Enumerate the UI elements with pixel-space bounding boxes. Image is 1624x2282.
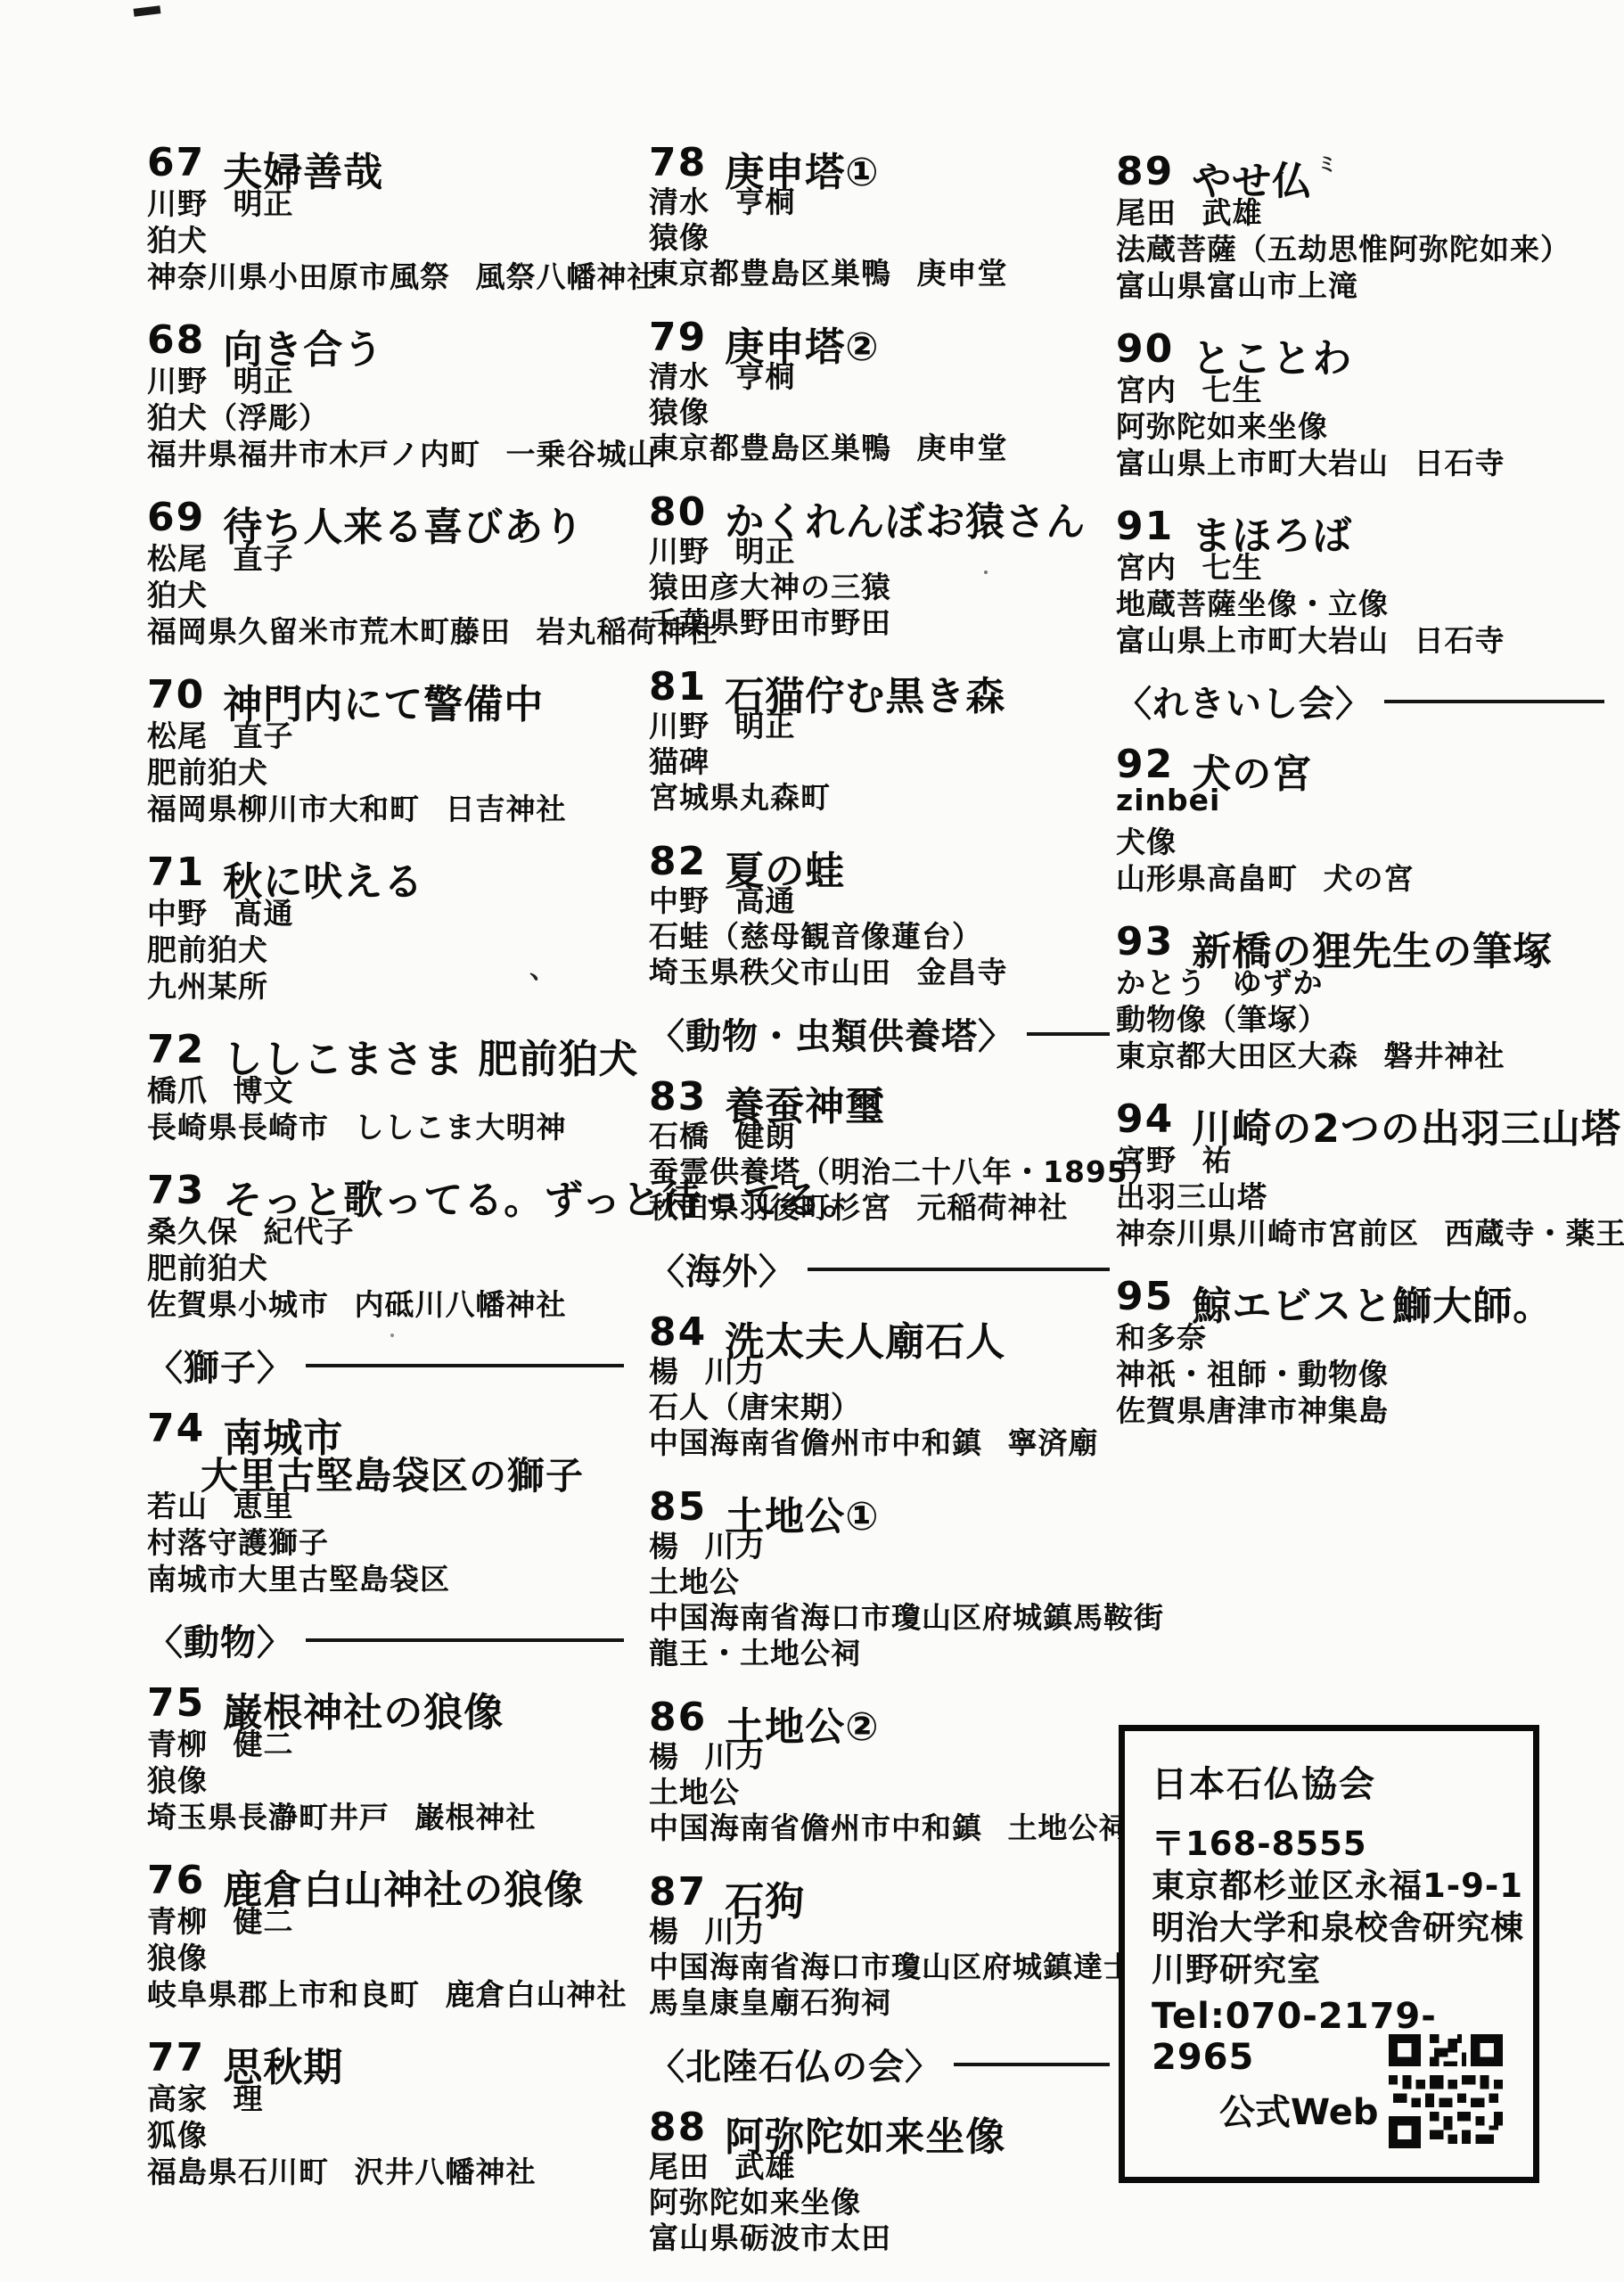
entry-subject: 猿田彦大神の三猿: [649, 564, 1086, 600]
entry-location: 神奈川県小田原市風祭 風祭八幡神社: [147, 254, 658, 291]
section-label: 〈海外〉: [649, 1244, 795, 1294]
entry-number: 67: [147, 140, 205, 185]
section-label: 〈北陸石仏の会〉: [649, 2039, 941, 2089]
entry-location: 佐賀県唐津市神集島: [1116, 1388, 1553, 1424]
entry-location: 福岡県柳川市大和町 日吉神社: [147, 786, 567, 823]
entry-subject: 中国海南省海口市瓊山区府城鎮達士巷: [649, 1944, 1164, 1980]
entry-location: 長崎県長崎市 ししこま大明神: [147, 1104, 639, 1141]
entry-location: 東京都豊島区巣鴨 庚申堂: [649, 425, 1008, 461]
section-rule: [306, 1638, 624, 1642]
entry-author: 楊 川力: [649, 1523, 1164, 1559]
entry-subject: 肥前狛犬: [147, 750, 567, 786]
entry-number: 70: [147, 672, 205, 718]
entry-location: 中国海南省儋州市中和鎮 土地公祠: [649, 1805, 1129, 1841]
section-label: 〈動物〉: [147, 1614, 293, 1665]
entry-author: 川野 明正: [147, 358, 658, 395]
entry-location: 福岡県久留米市荒木町藤田 岩丸稲荷神社: [147, 609, 718, 645]
catalog-entry: 81石猫佇む黒き森川野 明正猫碑宮城県丸森町: [649, 664, 1005, 810]
entry-title-continuation: 大里古堅島袋区の獅子: [147, 1447, 584, 1483]
entry-location: 富山県上市町大岩山 日石寺: [1116, 440, 1505, 477]
entry-number: 74: [147, 1406, 205, 1451]
entry-subject: 阿弥陀如来坐像: [1116, 404, 1505, 440]
entry-location: 宮城県丸森町: [649, 775, 1005, 810]
section-header: 〈動物・虫類供養塔〉: [649, 1008, 1110, 1059]
catalog-entry: 89やせ仏尾田 武雄法蔵菩薩（五劫思惟阿弥陀如来）富山県富山市上滝: [1116, 149, 1571, 300]
entry-subject: 地蔵菩薩坐像・立像: [1116, 581, 1505, 618]
catalog-entry: 88阿弥陀如来坐像尾田 武雄阿弥陀如来坐像富山県砺波市太田: [649, 2105, 1005, 2251]
section-header: 〈獅子〉: [147, 1340, 624, 1391]
section-header: 〈れきいし会〉: [1116, 676, 1604, 726]
catalog-entry: 87石狗楊 川力中国海南省海口市瓊山区府城鎮達士巷馬皇康皇廟石狗祠: [649, 1869, 1164, 2015]
entry-subject: 猫碑: [649, 739, 1005, 775]
entry-number: 72: [147, 1027, 205, 1072]
catalog-entry: 78庚申塔①清水 亨桐猿像東京都豊島区巣鴨 庚申堂: [649, 140, 1008, 286]
section-rule: [1027, 1032, 1110, 1036]
entry-author: 楊 川力: [649, 1734, 1129, 1769]
entry-location: 福井県福井市木戸ノ内町 一乗谷城山: [147, 431, 658, 468]
entry-number: 77: [147, 2035, 205, 2081]
section-rule: [306, 1364, 624, 1367]
entry-location: 東京都大田区大森 磐井神社: [1116, 1033, 1553, 1070]
entry-number: 68: [147, 317, 205, 363]
entry-location: 富山県砺波市太田: [649, 2215, 1005, 2251]
entry-title: 鯨エビスと鰤大師。: [1192, 1274, 1553, 1331]
entry-subject: 神祇・祖師・動物像: [1116, 1351, 1553, 1388]
association-name: 日本石仏協会: [1152, 1756, 1533, 1807]
entry-location: 埼玉県長瀞町井戸 巌根神社: [147, 1794, 537, 1831]
scan-speck: [390, 1334, 394, 1337]
catalog-entry: 71秋に吠える中野 髙通肥前狛犬九州某所: [147, 850, 423, 1000]
entry-number: 75: [147, 1680, 205, 1726]
entry-subject: 法蔵菩薩（五劫思惟阿弥陀如来）: [1116, 226, 1571, 263]
catalog-entry: 94川崎の2つの出羽三山塔宮野 祐出羽三山塔神奈川県川崎市宮前区 西蔵寺・薬王庵: [1116, 1096, 1624, 1247]
entry-subject: 狛犬: [147, 572, 718, 609]
catalog-entry: 90とことわ宮内 七生阿弥陀如来坐像富山県上市町大岩山 日石寺: [1116, 326, 1505, 477]
catalog-entry: 76鹿倉白山神社の狼像青柳 健二狼像岐阜県郡上市和良町 鹿倉白山神社: [147, 1858, 627, 2008]
section-header: 〈北陸石仏の会〉: [649, 2039, 1110, 2089]
entry-subject: 阿弥陀如来坐像: [649, 2179, 1005, 2215]
catalog-entry: 86土地公②楊 川力土地公中国海南省儋州市中和鎮 土地公祠: [649, 1695, 1129, 1841]
section-rule: [808, 1268, 1110, 1271]
entry-number: 90: [1116, 326, 1174, 372]
entry-number: 89: [1116, 149, 1174, 194]
entry-number: 73: [147, 1168, 205, 1213]
section-rule: [954, 2063, 1110, 2066]
entry-author: 石橋 健朗: [649, 1113, 1159, 1149]
entry-subject: 石人（唐宋期）: [649, 1384, 1099, 1420]
catalog-entry: 74南城市大里古堅島袋区の獅子若山 恵里村落守護獅子南城市大里古堅島袋区: [147, 1406, 584, 1593]
entry-subject: 村落守護獅子: [147, 1520, 584, 1556]
entry-subject: 狼像: [147, 1758, 537, 1794]
entry-subject: 肥前狛犬: [147, 927, 423, 964]
entry-number: 76: [147, 1858, 205, 1903]
entry-subject: 犬像: [1116, 819, 1415, 856]
catalog-entry: 93新橋の狸先生の筆塚かとう ゆずか動物像（筆塚）東京都大田区大森 磐井神社: [1116, 919, 1553, 1070]
section-label: 〈れきいし会〉: [1116, 676, 1372, 726]
catalog-entry: 85土地公①楊 川力土地公中国海南省海口市瓊山区府城鎮馬鞍街龍王・土地公祠: [649, 1484, 1164, 1666]
entry-location: 岐阜県郡上市和良町 鹿倉白山神社: [147, 1972, 627, 2008]
catalog-entry: 75巌根神社の狼像青柳 健二狼像埼玉県長瀞町井戸 巌根神社: [147, 1680, 537, 1831]
entry-title: 洗太夫人廟石人: [725, 1309, 1005, 1367]
entry-subject: 狐像: [147, 2113, 537, 2149]
catalog-entry: 80かくれんぼお猿さん川野 明正猿田彦大神の三猿千葉県野田市野田: [649, 489, 1086, 636]
entry-location: 富山県上市町大岩山 日石寺: [1116, 618, 1505, 654]
catalog-entry: 91まほろば宮内 七生地蔵菩薩坐像・立像富山県上市町大岩山 日石寺: [1116, 504, 1505, 654]
catalog-entry: 82夏の蛙中野 高通石蛙（慈母観音像蓮台）埼玉県秩父市山田 金昌寺: [649, 839, 1008, 985]
entry-location: 南城市大里古堅島袋区: [147, 1556, 584, 1593]
section-label: 〈動物・虫類供養塔〉: [649, 1008, 1014, 1059]
entry-number: 93: [1116, 919, 1174, 965]
scan-mark: ミ: [1317, 150, 1337, 177]
entry-subject: 動物像（筆塚）: [1116, 997, 1553, 1033]
entry-number: 94: [1116, 1096, 1174, 1142]
catalog-entry: 92犬の宮zinbei犬像山形県高畠町 犬の宮: [1116, 742, 1415, 892]
scan-mark: 、: [529, 947, 556, 986]
entry-location: 中国海南省儋州市中和鎮 寧済廟: [649, 1420, 1099, 1456]
catalog-entry: 83養蚕神璽石橋 健朗蚕霊供養塔（明治二十八年・1895）秋田県羽後町杉宮 元稲…: [649, 1074, 1159, 1220]
address-line-2: 明治大学和泉校舎研究棟: [1152, 1907, 1533, 1949]
entry-location: 九州某所: [147, 964, 423, 1000]
catalog-entry: 68向き合う川野 明正狛犬（浮彫）福井県福井市木戸ノ内町 一乗谷城山: [147, 317, 658, 468]
entry-location: 神奈川県川崎市宮前区 西蔵寺・薬王庵: [1116, 1211, 1624, 1247]
entry-subject: 出羽三山塔: [1116, 1174, 1624, 1211]
scan-speck: [134, 5, 161, 17]
entry-subject: 猿像: [649, 390, 1008, 425]
entry-location: 龍王・土地公祠: [649, 1630, 1164, 1666]
entry-number: 91: [1116, 504, 1174, 549]
entry-author: 楊 川力: [649, 1909, 1164, 1944]
catalog-entry: 95鯨エビスと鰤大師。和多奈神祇・祖師・動物像佐賀県唐津市神集島: [1116, 1274, 1553, 1424]
entry-subject: 石蛙（慈母観音像蓮台）: [649, 914, 1008, 949]
section-label: 〈獅子〉: [147, 1340, 293, 1391]
catalog-entry: 72ししこまさま 肥前狛犬橋爪 博文長崎県長崎市 ししこま大明神: [147, 1027, 639, 1141]
entry-number: 95: [1116, 1274, 1174, 1319]
association-contact-box: 日本石仏協会 〒168-8555 東京都杉並区永福1-9-1 明治大学和泉校舎研…: [1119, 1725, 1539, 2183]
scan-speck: [984, 570, 988, 574]
section-rule: [1384, 700, 1604, 703]
address-line-3: 川野研究室: [1152, 1949, 1533, 1991]
entry-location: 千葉県野田市野田: [649, 600, 1086, 636]
entry-location: 山形県高畠町 犬の宮: [1116, 856, 1415, 892]
entry-location: 秋田県羽後町杉宮 元稲荷神社: [649, 1185, 1159, 1220]
catalog-entry: 77思秋期高家 理狐像福島県石川町 沢井八幡神社: [147, 2035, 537, 2186]
entry-number: 92: [1116, 742, 1174, 787]
entry-location: 埼玉県秩父市山田 金昌寺: [649, 949, 1008, 985]
entry-subject: 土地公: [649, 1769, 1129, 1805]
catalog-entry: 69待ち人来る喜びあり松尾 直子狛犬福岡県久留米市荒木町藤田 岩丸稲荷神社: [147, 495, 718, 645]
entry-number: 71: [147, 850, 205, 895]
section-header: 〈海外〉: [649, 1244, 1110, 1294]
entry-subject: 狛犬: [147, 218, 658, 254]
qr-code-icon: [1389, 2034, 1503, 2148]
entry-subject: 土地公: [649, 1559, 1164, 1595]
entry-author: 尾田 武雄: [1116, 190, 1571, 226]
official-web-label: 公式Web: [1219, 2084, 1378, 2135]
catalog-entry: 67夫婦善哉川野 明正狛犬神奈川県小田原市風祭 風祭八幡神社: [147, 140, 658, 291]
entry-subject: 狼像: [147, 1935, 627, 1972]
catalog-entry: 84洗太夫人廟石人楊 川力石人（唐宋期）中国海南省儋州市中和鎮 寧済廟: [649, 1309, 1099, 1456]
address-line-1: 東京都杉並区永福1-9-1: [1152, 1865, 1533, 1907]
postal-code: 〒168-8555: [1152, 1823, 1533, 1865]
entry-subject: 中国海南省海口市瓊山区府城鎮馬鞍街: [649, 1595, 1164, 1630]
scanned-page: 67夫婦善哉川野 明正狛犬神奈川県小田原市風祭 風祭八幡神社68向き合う川野 明…: [0, 0, 1624, 2282]
catalog-entry: 79庚申塔②清水 亨桐猿像東京都豊島区巣鴨 庚申堂: [649, 315, 1008, 461]
entry-subject: 狛犬（浮彫）: [147, 395, 658, 431]
entry-location: 馬皇康皇廟石狗祠: [649, 1980, 1164, 2015]
entry-subject: 猿像: [649, 215, 1008, 250]
entry-location: 福島県石川町 沢井八幡神社: [147, 2149, 537, 2186]
entry-number: 69: [147, 495, 205, 540]
entry-title: 川崎の2つの出羽三山塔: [1192, 1096, 1621, 1153]
entry-location: 富山県富山市上滝: [1116, 263, 1571, 300]
entry-subject: 蚕霊供養塔（明治二十八年・1895）: [649, 1149, 1159, 1185]
entry-location: 東京都豊島区巣鴨 庚申堂: [649, 250, 1008, 286]
catalog-entry: 70神門内にて警備中松尾 直子肥前狛犬福岡県柳川市大和町 日吉神社: [147, 672, 567, 823]
entry-author: 川野 明正: [147, 181, 658, 218]
section-header: 〈動物〉: [147, 1614, 624, 1665]
